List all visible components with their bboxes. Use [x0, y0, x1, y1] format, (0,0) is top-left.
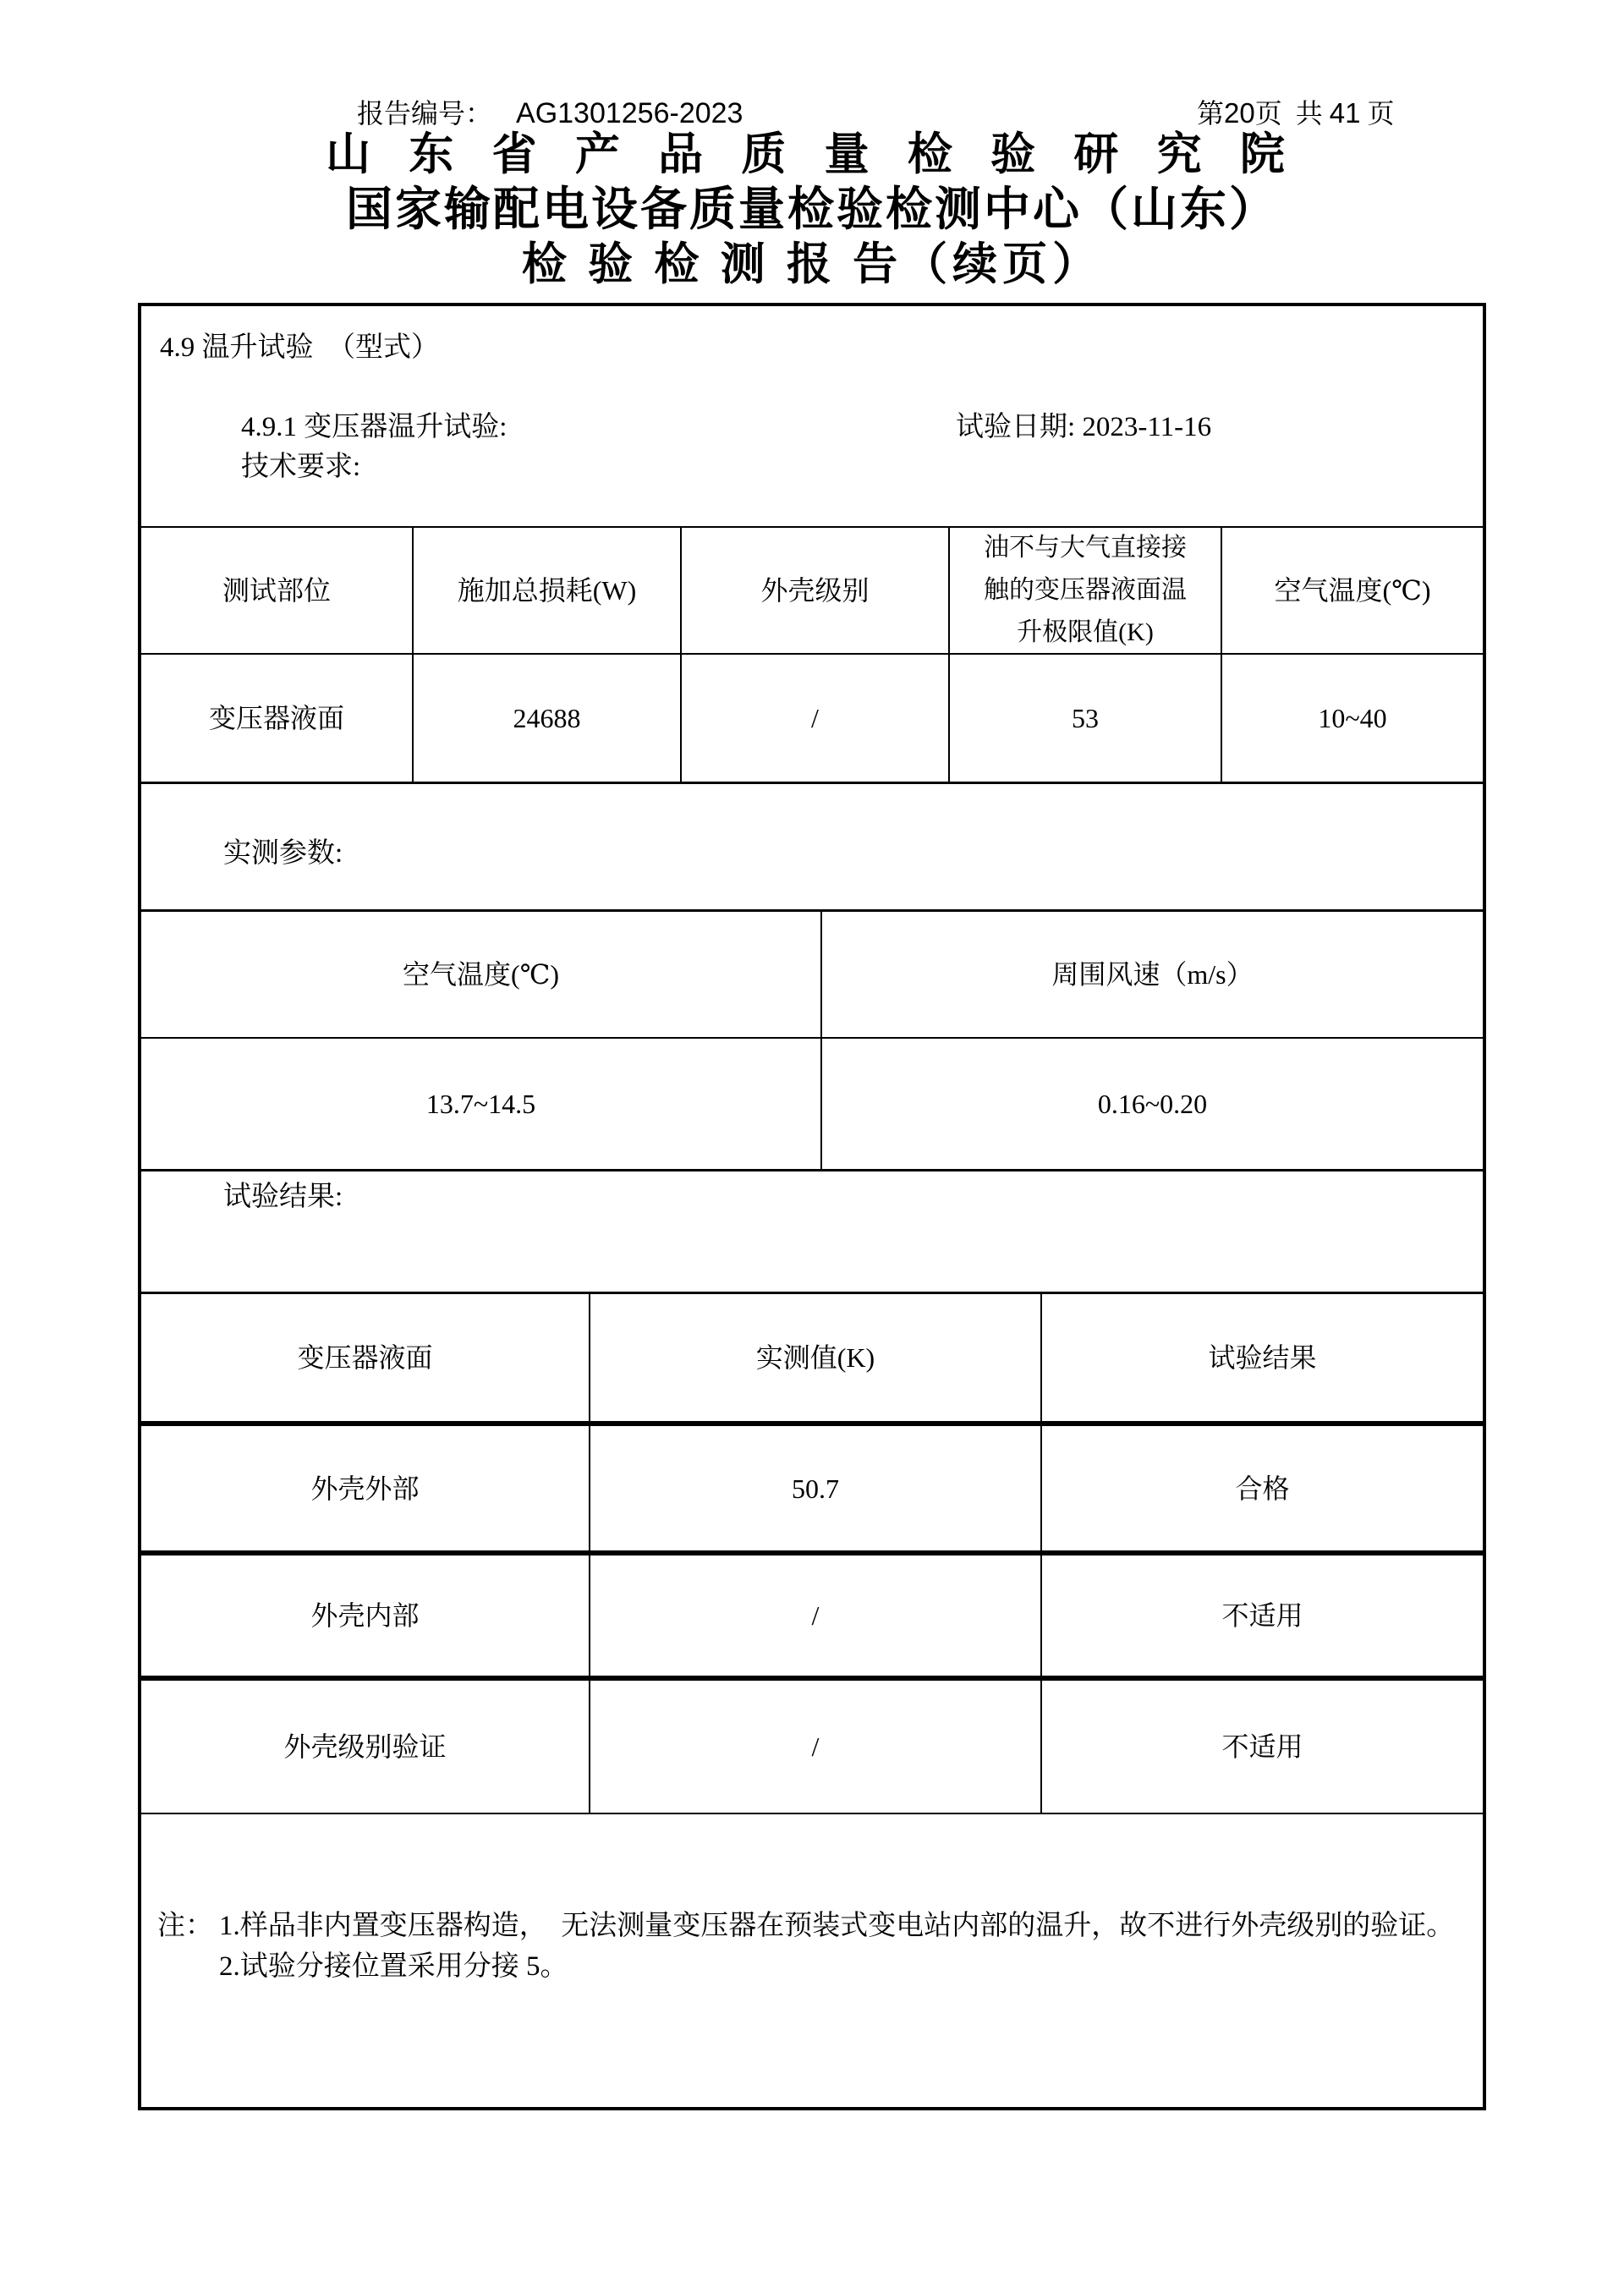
limits-cell-part: 变压器液面 [141, 655, 412, 782]
params-header-air-temp: 空气温度(℃) [141, 912, 820, 1039]
result-header-item: 变压器液面 [141, 1294, 589, 1426]
title-report-type: 检 验 检 测 报 告（续页） [0, 228, 1624, 293]
result-row2-verdict: 不适用 [1040, 1556, 1483, 1681]
test-result-label: 试验结果: [223, 1174, 343, 1214]
measured-params-label: 实测参数: [223, 831, 343, 870]
limits-table: 测试部位 施加总损耗(W) 外壳级别 油不与大气直接接触的变压器液面温升极限值(… [141, 526, 1483, 784]
result-row2-measured: / [589, 1556, 1040, 1681]
result-row1-item: 外壳外部 [141, 1426, 589, 1556]
measured-params-table: 空气温度(℃) 周围风速（m/s） 13.7~14.5 0.16~0.20 [141, 909, 1483, 1171]
result-table: 变压器液面 实测值(K) 试验结果 外壳外部 50.7 合格 外壳内部 / 不适… [141, 1292, 1483, 1814]
note-line-1: 1.样品非内置变压器构造， 无法测量变压器在预装式变电站内部的温升，故不进行外壳… [219, 1907, 1468, 1946]
result-row3-item: 外壳级别验证 [141, 1681, 589, 1813]
limits-cell-loss: 24688 [412, 655, 680, 782]
limits-header-air-temp: 空气温度(℃) [1221, 528, 1483, 655]
result-row2-item: 外壳内部 [141, 1556, 589, 1681]
limits-header-part: 测试部位 [141, 528, 412, 655]
limits-cell-air-temp: 10~40 [1221, 655, 1483, 782]
section-heading: 4.9 温升试验 （型式） [160, 325, 439, 365]
result-row1-measured: 50.7 [589, 1426, 1040, 1556]
limits-cell-enclosure-class: / [680, 655, 948, 782]
notes-block: 注： 1.样品非内置变压器构造， 无法测量变压器在预装式变电站内部的温升，故不进… [157, 1907, 1468, 1987]
limits-header-enclosure-class: 外壳级别 [680, 528, 948, 655]
result-row3-verdict: 不适用 [1040, 1681, 1483, 1813]
report-page: 报告编号：AG1301256-2023 第20页 共 41 页 山 东 省 产 … [0, 0, 1624, 2288]
limits-cell-temp-rise-limit: 53 [948, 655, 1221, 782]
limits-header-loss: 施加总损耗(W) [412, 528, 680, 655]
params-cell-air-temp: 13.7~14.5 [141, 1039, 820, 1169]
note-prefix: 注： [157, 1907, 219, 1946]
result-header-measured: 实测值(K) [589, 1294, 1040, 1426]
params-header-wind-speed: 周围风速（m/s） [820, 912, 1483, 1039]
limits-header-temp-rise-limit: 油不与大气直接接触的变压器液面温升极限值(K) [948, 528, 1221, 655]
technical-requirements-label: 技术要求: [241, 444, 360, 484]
subsection-heading: 4.9.1 变压器温升试验: [241, 404, 507, 444]
test-date: 试验日期: 2023-11-16 [956, 404, 1211, 444]
result-row1-verdict: 合格 [1040, 1426, 1483, 1556]
note-line-2: 2.试验分接位置采用分接 5。 [219, 1947, 1468, 1987]
result-header-verdict: 试验结果 [1040, 1294, 1483, 1426]
result-row3-measured: / [589, 1681, 1040, 1813]
params-cell-wind-speed: 0.16~0.20 [820, 1039, 1483, 1169]
report-body-frame: 4.9 温升试验 （型式） 4.9.1 变压器温升试验: 试验日期: 2023-… [138, 303, 1486, 2110]
